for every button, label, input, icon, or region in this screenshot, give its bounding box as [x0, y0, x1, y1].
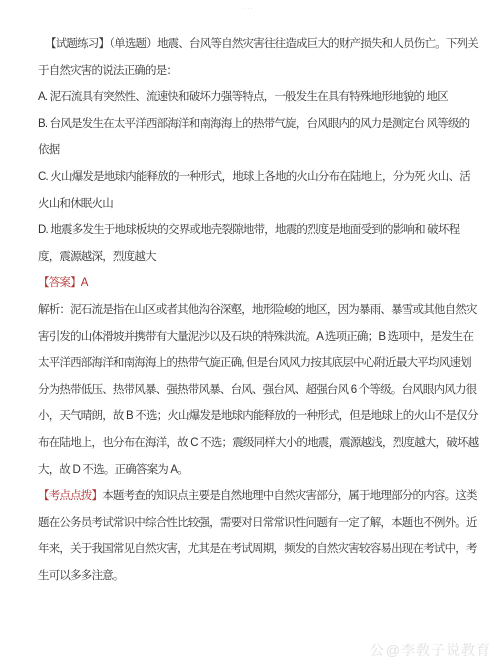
document-content: 【试题练习】（单选题）地震、台风等自然灾害往往造成巨大的财产损失和人员伤亡。下列… [38, 31, 470, 589]
watermark-text: @李敎子说教育 [386, 642, 491, 658]
option-b-line-1: B. 台风是发生在太平洋西部海洋和南海海上的热带气旋，台风眼内的风力是测定台 风… [38, 111, 470, 138]
option-a-line-1: A. 泥石流具有突然性、流速快和破坏力强等特点，一般发生在具有特殊地形地貌的 地… [38, 84, 470, 111]
analysis-line-3: 太平洋西部海洋和南海海上的热带气旋正确, 但是台风风力按其底层中心附近最大平均风… [38, 350, 470, 377]
watermark-logo-icon: 公 [370, 642, 385, 658]
tips-label: 【考点点拨】 [38, 490, 102, 502]
option-d-line-1: D. 地震多发生于地球板块的交界或地壳裂隙地带，地震的烈度是地面受到的影响和 破… [38, 217, 470, 244]
tips-line-1-text: 本题考查的知识点主要是自然地理中自然灾害部分，属于地理部分的内容。这类 [102, 490, 477, 502]
analysis-line-4: 分为热带低压、热带风暴、强热带风暴、台风、强台风、超强台风 6 个等级。台风眼内… [38, 377, 470, 404]
option-d-line-2: 度，震源越深，烈度越大 [38, 244, 470, 271]
page-top-ellipsis: … [243, 0, 255, 12]
option-c-line-1: C. 火山爆发是地球内能释放的一种形式，地球上各地的火山分布在陆地上，分为死 火… [38, 164, 470, 191]
watermark: 公@李敎子说教育 [370, 640, 491, 660]
tips-line-3: 年来，关于我国常见自然灾害，尤其是在考试周期，频发的自然灾害较容易出现在考试中，… [38, 536, 470, 563]
tips-line-1: 【考点点拨】本题考查的知识点主要是自然地理中自然灾害部分，属于地理部分的内容。这… [38, 483, 470, 510]
question-line-2: 于自然灾害的说法正确的是： [38, 58, 470, 85]
option-b-line-2: 依据 [38, 137, 470, 164]
analysis-line-7: 大，故 D 不选。正确答案为 A。 [38, 457, 470, 484]
analysis-line-5: 小，天气晴朗，故 B 不选；火山爆发是地球内能释放的一种形式，但是地球上的火山不… [38, 403, 470, 430]
answer-line: 【答案】A [38, 270, 470, 297]
analysis-line-1: 解析：泥石流是指在山区或者其他沟谷深壑，地形险峻的地区，因为暴雨、暴雪或其他自然… [38, 297, 470, 324]
analysis-line-2: 害引发的山体滑坡并携带有大量泥沙以及石块的特殊洪流。A 选项正确；B 选项中，是… [38, 324, 470, 351]
analysis-line-6: 布在陆地上，也分布在海洋，故 C 不选；震级同样大小的地震，震源越浅，烈度越大，… [38, 430, 470, 457]
option-c-line-2: 火山和休眠火山 [38, 191, 470, 218]
tips-line-4: 生可以多多注意。 [38, 563, 470, 590]
question-line-1: 【试题练习】（单选题）地震、台风等自然灾害往往造成巨大的财产损失和人员伤亡。下列… [38, 31, 470, 58]
document-page: … 【试题练习】（单选题）地震、台风等自然灾害往往造成巨大的财产损失和人员伤亡。… [0, 0, 500, 667]
tips-line-2: 题在公务员考试常识中综合性比较强，需要对日常常识性问题有一定了解，本题也不例外。… [38, 510, 470, 537]
